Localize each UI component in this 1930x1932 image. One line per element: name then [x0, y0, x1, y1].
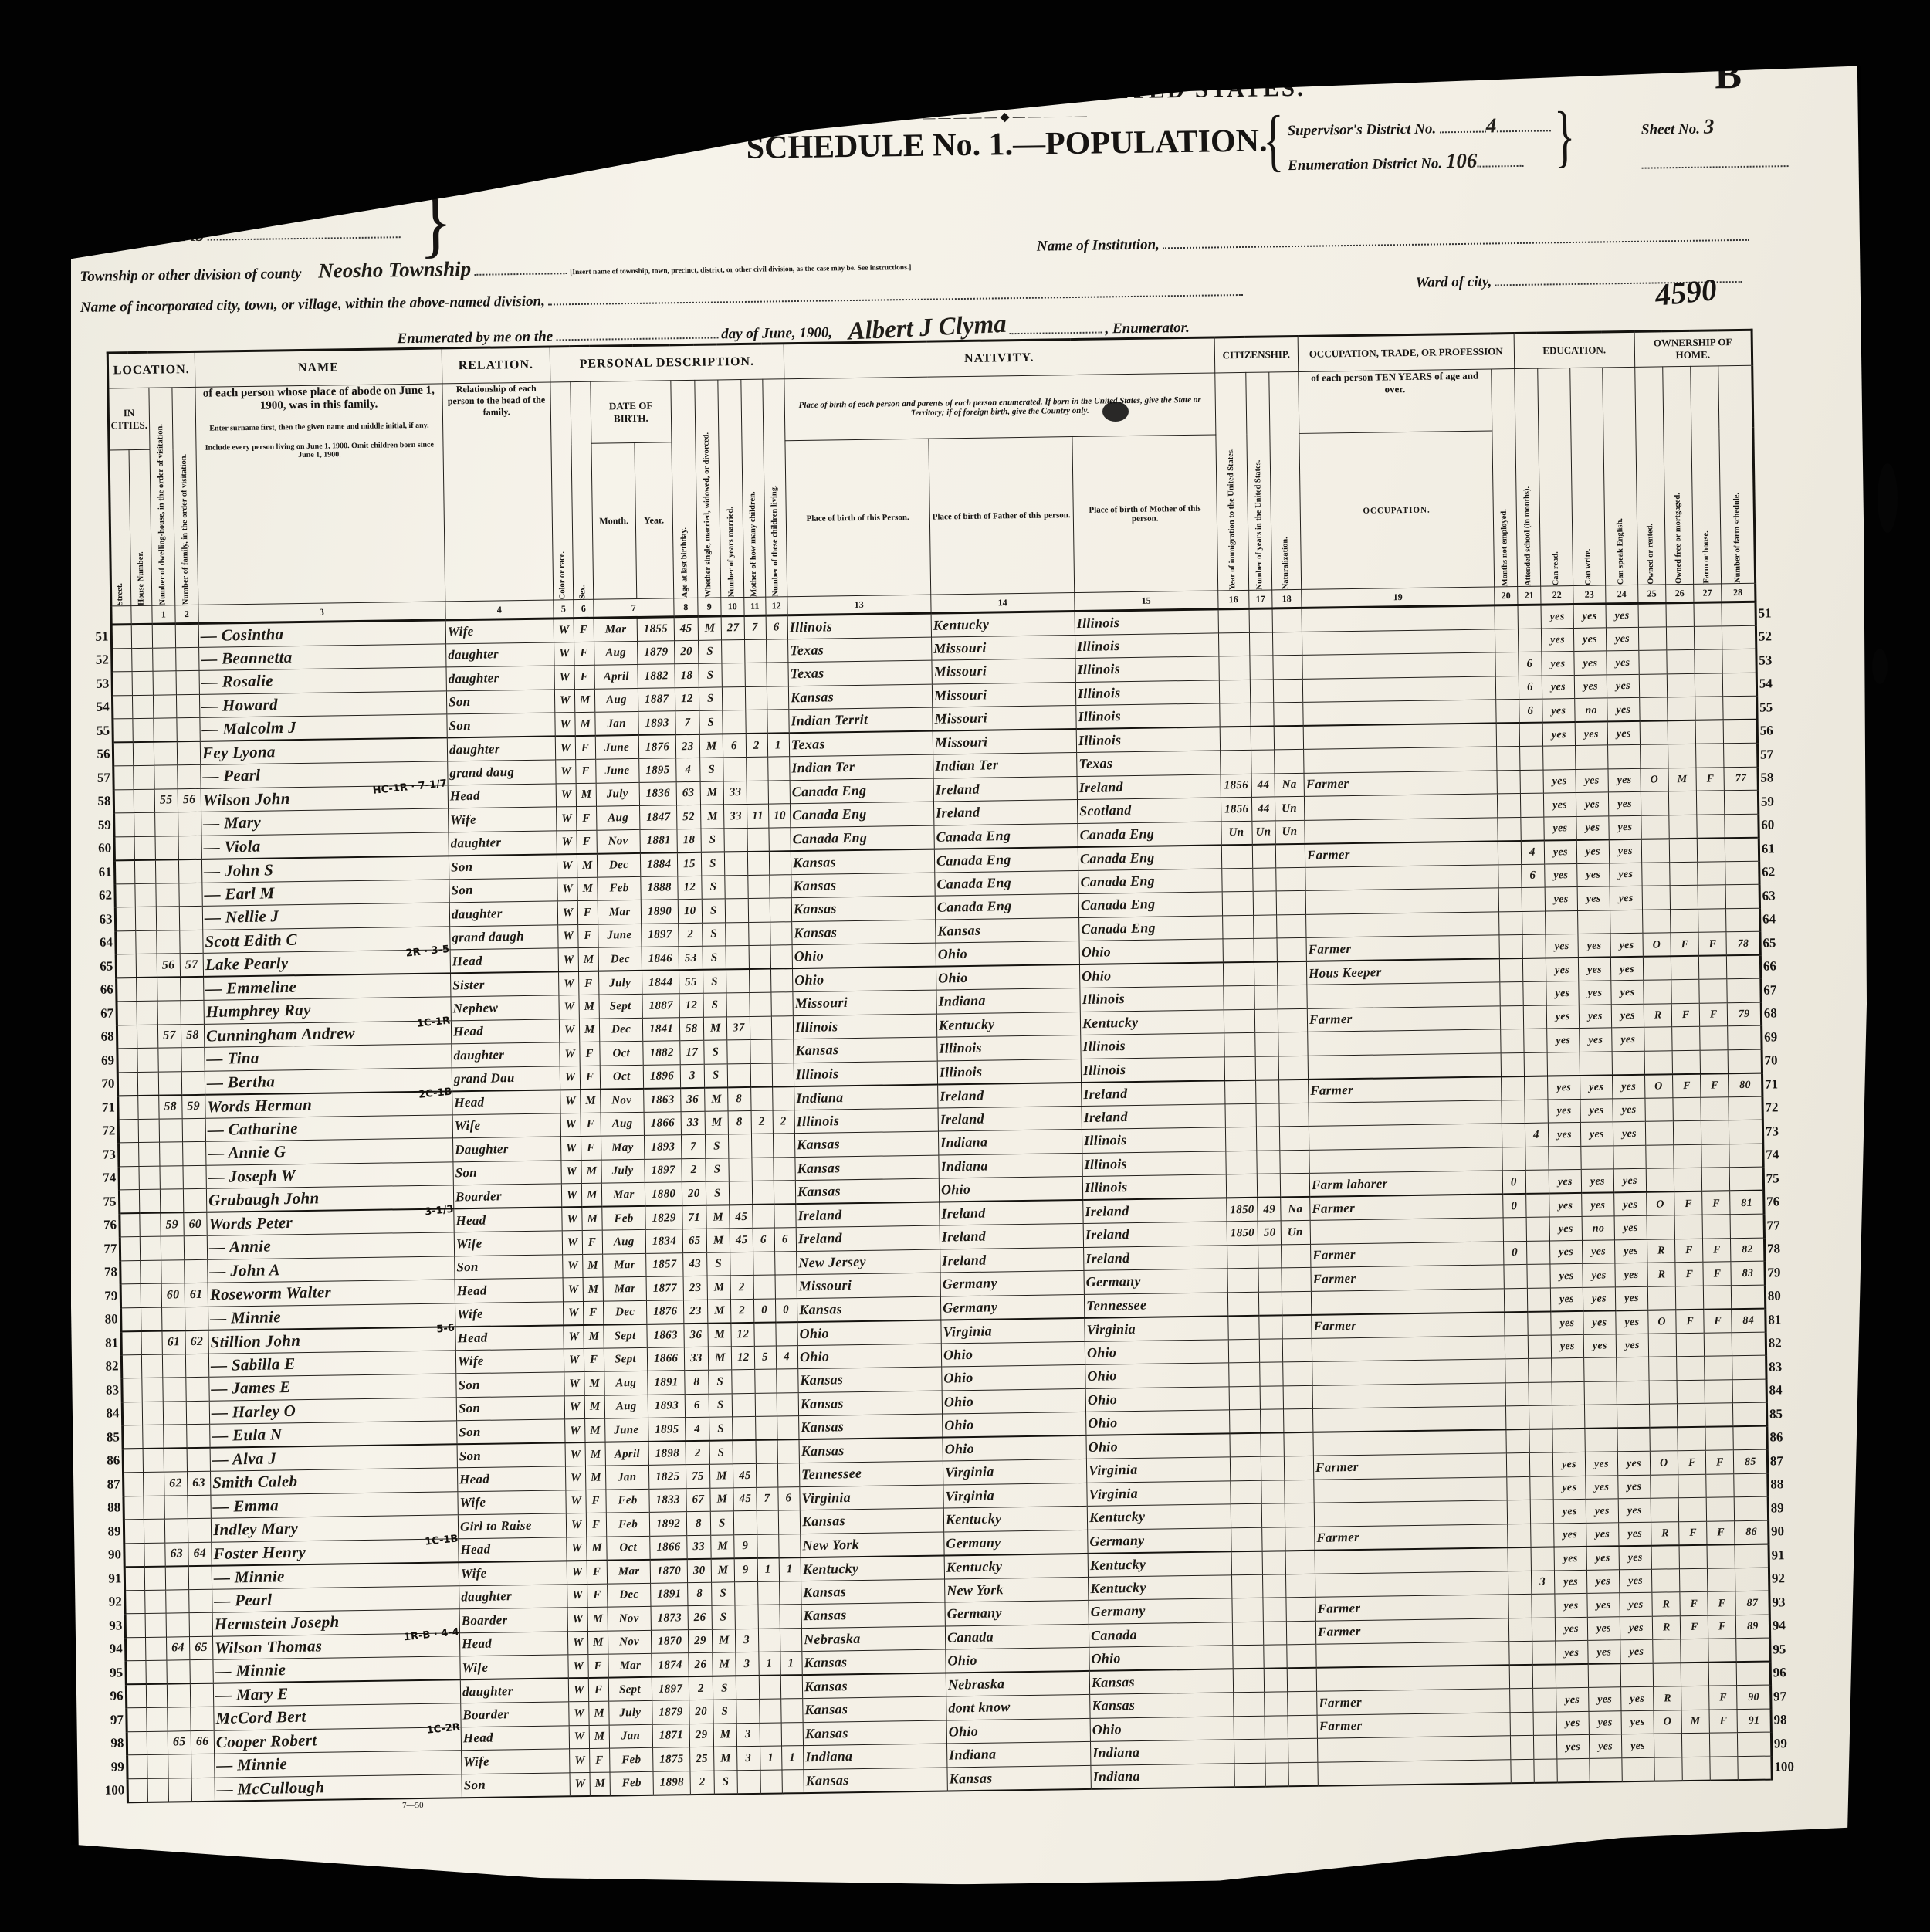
house-number-cell: [139, 1166, 160, 1190]
birth-year-cell: 1893: [638, 711, 675, 735]
farm-or-house-cell: F: [1709, 1709, 1737, 1733]
name-cell: Cunningham Andrew1C-1R: [204, 1020, 451, 1047]
street-cell: [127, 1731, 147, 1755]
column-number: 26: [1665, 584, 1693, 603]
can-write-cell: yes: [1573, 627, 1606, 651]
farm-schedule-cell: [1730, 1214, 1764, 1238]
birth-month-cell: Aug: [594, 688, 638, 712]
house-number-cell: [138, 1119, 159, 1143]
immigration-year-cell: 1850: [1227, 1198, 1258, 1222]
naturalization-cell: [1286, 1597, 1315, 1621]
can-speak-english-cell: yes: [1613, 1192, 1646, 1216]
color-race-cell: W: [560, 1042, 580, 1066]
dwelling-number-cell: [164, 1519, 188, 1543]
school-months-cell: [1525, 1170, 1549, 1194]
line-number-right: 97: [1770, 1684, 1810, 1708]
free-mortgaged-cell: [1679, 1568, 1707, 1592]
line-number-right: 67: [1761, 978, 1801, 1002]
family-number-cell: [190, 1683, 213, 1707]
pob-person-cell: Kansas: [798, 1367, 942, 1392]
family-number-cell: [181, 1000, 204, 1024]
name-cell: — McCullough: [215, 1774, 462, 1801]
color-race-cell: W: [559, 1019, 579, 1042]
name-cell: — Nellie J: [202, 903, 449, 930]
school-months-cell: [1523, 1029, 1546, 1052]
children-living-cell: [781, 1699, 803, 1723]
birth-year-cell: 1887: [642, 994, 679, 1018]
farm-schedule-cell: [1729, 1167, 1763, 1191]
street-cell: [117, 1049, 137, 1073]
line-number-left: 75: [83, 1190, 119, 1214]
mother-of-children-cell: [753, 1252, 774, 1276]
street-cell: [121, 1378, 142, 1402]
pob-mother-cell: Illinois: [1075, 680, 1219, 705]
can-speak-english-cell: yes: [1614, 1239, 1647, 1263]
name-note-2: Enter surname first, then the given name…: [198, 421, 441, 432]
years-in-us-cell: [1259, 1362, 1282, 1386]
pob-mother-cell: Kentucky: [1080, 1009, 1224, 1035]
marital-status-cell: S: [710, 1511, 733, 1535]
birth-month-cell: Sept: [604, 1347, 647, 1371]
can-read-cell: yes: [1551, 1310, 1583, 1334]
birth-year-cell: 1880: [645, 1182, 682, 1206]
city-line: Name of incorporated city, town, or vill…: [80, 280, 1243, 317]
school-months-cell: [1525, 1147, 1549, 1171]
pob-father-cell: Virginia: [943, 1483, 1087, 1508]
free-mortgaged-cell: [1669, 838, 1697, 862]
birth-year-cell: 1870: [650, 1559, 687, 1583]
immigration-year-cell: [1234, 1716, 1265, 1740]
children-living-cell: [772, 1063, 794, 1086]
dwelling-number-cell: [154, 718, 177, 742]
occupation-cell: [1316, 1665, 1509, 1691]
relation-cell: Son: [456, 1419, 564, 1444]
sex-cell: M: [584, 1371, 604, 1395]
street-cell: [113, 742, 134, 766]
column-number: [131, 605, 152, 624]
occupation-cell: Farmer: [1312, 1312, 1505, 1338]
farm-schedule-cell: [1722, 673, 1756, 697]
farm-or-house-cell: F: [1701, 1191, 1729, 1215]
months-unemployed-cell: [1507, 1476, 1530, 1500]
relation-cell: Son: [457, 1442, 565, 1467]
naturalization-cell: [1273, 679, 1302, 703]
farm-schedule-cell: [1736, 1662, 1770, 1686]
owned-rented-cell: O: [1644, 1074, 1672, 1098]
house-number-cell: [136, 954, 157, 978]
can-read-cell: yes: [1551, 1334, 1583, 1358]
mother-of-children-cell: [749, 945, 770, 969]
name-cell: — Rosalie: [199, 667, 446, 694]
can-write-cell: [1581, 1145, 1613, 1169]
relation-note-header: Relationship of each person to the head …: [442, 382, 554, 602]
census-sheet: B TWELFTH CENSUS OF THE UNITED STATES. —…: [54, 40, 1883, 1896]
street-cell: [120, 1330, 141, 1354]
citizenship-group-header: CITIZENSHIP.: [1214, 336, 1299, 373]
name-cell: Grubaugh John: [206, 1185, 453, 1212]
relation-cell: daughter: [449, 830, 557, 855]
can-speak-english-cell: yes: [1616, 1334, 1648, 1357]
owned-rented-cell: [1650, 1427, 1678, 1451]
sex-cell: F: [583, 1301, 603, 1325]
free-mortgaged-header: Owned free or mortgaged.: [1663, 366, 1694, 584]
house-number-cell: [136, 930, 157, 954]
family-number-cell: 63: [187, 1471, 210, 1495]
naturalization-cell: [1272, 608, 1302, 632]
occupation-cell: [1315, 1547, 1508, 1574]
free-mortgaged-cell: F: [1675, 1262, 1703, 1286]
name-cell: Humphrey Ray: [204, 997, 451, 1024]
marital-status-cell: M: [710, 1487, 733, 1511]
school-months-cell: [1528, 1335, 1551, 1359]
children-living-cell: [782, 1769, 804, 1793]
pob-father-cell: Kentucky: [943, 1506, 1087, 1531]
pob-father-cell: Missouri: [932, 682, 1075, 707]
can-read-cell: yes: [1556, 1734, 1589, 1758]
occupation-cell: [1309, 1100, 1502, 1126]
pob-father-cell: Indiana: [946, 1741, 1090, 1767]
name-cell: — Howard: [199, 690, 446, 717]
can-speak-english-cell: yes: [1618, 1475, 1651, 1499]
street-cell: [111, 625, 132, 649]
sex-cell: M: [583, 1277, 603, 1301]
street-cell: [113, 813, 134, 837]
name-note-header: of each person whose place of abode on J…: [195, 384, 445, 605]
can-read-cell: yes: [1549, 1240, 1582, 1264]
children-living-cell: [771, 992, 793, 1016]
dwelling-number-cell: [153, 694, 176, 718]
immigration-year-cell: [1228, 1315, 1259, 1339]
naturalization-cell: [1282, 1267, 1311, 1291]
marital-status-cell: S: [702, 875, 725, 899]
farm-or-house-cell: [1695, 744, 1723, 768]
years-in-us-cell: [1260, 1385, 1283, 1409]
marital-status-cell: S: [711, 1581, 734, 1605]
farm-or-house-cell: [1700, 1049, 1728, 1073]
can-speak-english-cell: yes: [1613, 1121, 1645, 1145]
free-mortgaged-cell: [1681, 1663, 1708, 1686]
farm-or-house-cell: [1699, 979, 1727, 1003]
years-married-cell: [723, 710, 746, 734]
years-in-us-cell: [1264, 1668, 1287, 1692]
supervisor-label: Supervisor's District No.: [1287, 120, 1436, 139]
mother-of-children-header: Mother of how many children.: [741, 379, 766, 597]
years-married-cell: [723, 757, 746, 781]
age-cell: 33: [687, 1535, 711, 1559]
occupation-note-header: of each person TEN YEARS of age and over…: [1299, 369, 1492, 433]
owned-rented-cell: [1642, 886, 1670, 910]
line-number-right: 86: [1767, 1425, 1807, 1449]
farm-or-house-cell: [1710, 1756, 1738, 1780]
farm-schedule-cell: [1725, 814, 1759, 838]
line-number-left: 81: [85, 1331, 120, 1355]
children-living-cell: [774, 1181, 795, 1205]
farm-schedule-cell: [1723, 696, 1757, 720]
color-race-cell: W: [561, 1184, 581, 1208]
color-race-cell: W: [567, 1537, 587, 1561]
owned-rented-cell: [1643, 956, 1671, 980]
pob-person-cell: Indian Ter: [789, 754, 933, 780]
farm-schedule-cell: 86: [1734, 1520, 1768, 1544]
children-living-cell: [767, 710, 789, 734]
naturalization-cell: [1285, 1574, 1315, 1598]
years-in-us-cell: [1253, 914, 1276, 938]
years-married-cell: [727, 1063, 750, 1087]
birth-month-cell: Feb: [606, 1512, 649, 1536]
line-number-left: 52: [76, 648, 111, 672]
birth-year-cell: 1834: [645, 1229, 682, 1253]
pob-person-cell: Texas: [788, 660, 932, 686]
birth-year-cell: 1829: [645, 1205, 682, 1229]
farm-or-house-cell: [1708, 1662, 1736, 1686]
birth-year-cell: 1866: [647, 1347, 684, 1371]
house-number-header: House Number.: [129, 449, 151, 605]
occupation-cell: [1317, 1736, 1510, 1762]
street-cell: [118, 1119, 139, 1143]
can-speak-english-cell: [1617, 1381, 1649, 1405]
enumerator-signature: Albert J Clyma: [847, 310, 1007, 347]
years-married-cell: 3: [736, 1652, 759, 1676]
naturalization-cell: [1278, 1079, 1308, 1103]
mother-of-children-cell: [757, 1534, 779, 1557]
years-in-us-cell: [1254, 1008, 1278, 1032]
line-number-right: 94: [1769, 1614, 1810, 1638]
can-read-cell: yes: [1554, 1546, 1586, 1570]
can-write-cell: yes: [1581, 1192, 1613, 1216]
house-number-cell: [137, 1001, 157, 1025]
name-cell: — Eula N: [209, 1421, 456, 1448]
birth-year-cell: 1836: [639, 781, 676, 805]
line-number-right: 84: [1766, 1378, 1806, 1402]
age-cell: 71: [682, 1205, 706, 1229]
naturalization-cell: Na: [1275, 773, 1304, 797]
owned-rented-cell: [1654, 1757, 1682, 1781]
pob-father-cell: Canada Eng: [934, 823, 1078, 849]
pob-person-cell: Ohio: [797, 1320, 941, 1345]
birth-month-cell: May: [601, 1135, 644, 1159]
relation-cell: Head: [461, 1725, 569, 1750]
pob-person-cell: Kansas: [802, 1649, 946, 1675]
age-cell: 25: [689, 1747, 713, 1771]
family-number-cell: [175, 623, 198, 647]
pob-person-cell: Kansas: [798, 1414, 942, 1439]
family-number-cell: [176, 670, 199, 694]
can-speak-english-header: Can speak English.: [1603, 367, 1638, 585]
naturalization-cell: [1278, 1056, 1308, 1080]
street-cell: [120, 1307, 141, 1331]
mother-of-children-cell: [758, 1628, 780, 1652]
marital-status-cell: M: [707, 1299, 730, 1323]
pob-father-cell: Ohio: [942, 1388, 1085, 1414]
age-cell: 12: [678, 876, 702, 900]
dwelling-number-cell: [163, 1378, 186, 1402]
marital-status-cell: M: [713, 1652, 736, 1676]
relation-cell: daughter: [452, 1042, 560, 1067]
name-cell: — Pearl: [212, 1585, 459, 1612]
color-race-cell: W: [569, 1701, 589, 1725]
pob-mother-cell: Ohio: [1090, 1716, 1234, 1741]
farm-schedule-cell: 90: [1736, 1685, 1770, 1709]
color-race-cell: W: [567, 1560, 587, 1584]
years-married-header: Number of years married.: [718, 380, 744, 598]
farm-schedule-cell: [1722, 602, 1756, 625]
house-number-cell: [134, 765, 154, 789]
family-number-cell: [189, 1612, 212, 1636]
dwelling-number-cell: 65: [168, 1730, 191, 1754]
pob-mother-cell: Kentucky: [1088, 1574, 1231, 1600]
immigration-year-cell: [1231, 1574, 1262, 1598]
color-race-cell: W: [563, 1278, 583, 1302]
street-cell: [118, 1143, 139, 1167]
pob-father-cell: Ireland: [940, 1223, 1083, 1249]
house-number-cell: [145, 1590, 166, 1614]
dwelling-number-cell: [157, 930, 180, 954]
color-race-cell: W: [557, 924, 577, 948]
house-number-cell: [137, 978, 157, 1002]
school-months-cell: [1534, 1758, 1557, 1782]
owned-rented-cell: R: [1651, 1521, 1678, 1545]
house-number-cell: [137, 1025, 158, 1049]
house-number-cell: [141, 1283, 161, 1307]
immigration-year-cell: [1229, 1409, 1260, 1433]
years-in-us-cell: [1250, 656, 1273, 680]
color-race-cell: W: [567, 1631, 587, 1655]
free-mortgaged-cell: [1668, 697, 1695, 720]
can-write-cell: yes: [1588, 1687, 1620, 1711]
street-cell: [118, 1166, 139, 1190]
name-cell: Smith Caleb: [210, 1468, 457, 1495]
months-unemployed-cell: [1500, 981, 1523, 1005]
relation-cell: Wife: [452, 1113, 560, 1137]
years-married-cell: [732, 1393, 755, 1417]
sex-cell: F: [577, 924, 598, 948]
can-write-cell: [1590, 1757, 1622, 1781]
can-speak-english-cell: yes: [1611, 1004, 1644, 1028]
family-number-cell: [179, 883, 202, 907]
birth-year-cell: 1873: [651, 1606, 688, 1630]
can-read-cell: yes: [1549, 1216, 1582, 1240]
can-speak-english-cell: yes: [1609, 839, 1641, 863]
can-read-cell: [1552, 1429, 1585, 1452]
pob-person-cell: Virginia: [800, 1485, 943, 1510]
school-months-cell: [1531, 1547, 1554, 1571]
mother-of-children-cell: 7: [744, 615, 766, 639]
months-unemployed-cell: [1497, 770, 1520, 794]
relation-cell: Head: [451, 1019, 559, 1043]
street-cell: [123, 1449, 144, 1473]
birth-year-cell: 1844: [642, 970, 679, 994]
farm-or-house-cell: [1701, 1120, 1729, 1144]
birth-year-cell: 1863: [643, 1088, 680, 1112]
owned-rented-cell: O: [1650, 1451, 1678, 1475]
farm-or-house-cell: [1695, 720, 1723, 744]
farm-or-house-cell: [1698, 955, 1726, 979]
free-mortgaged-cell: [1678, 1497, 1706, 1521]
line-number-right: 63: [1759, 883, 1800, 907]
family-number-cell: [191, 1754, 214, 1778]
owned-rented-cell: [1644, 980, 1671, 1004]
relation-cell: Son: [454, 1254, 562, 1279]
farm-or-house-cell: F: [1708, 1686, 1736, 1710]
occupation-cell: [1305, 911, 1498, 937]
naturalization-cell: [1283, 1385, 1312, 1409]
house-number-cell: [140, 1236, 161, 1260]
street-cell: [114, 883, 135, 907]
pob-father-cell: Germany: [945, 1600, 1089, 1625]
can-write-cell: yes: [1574, 651, 1607, 675]
dwelling-number-cell: [154, 765, 178, 789]
sex-cell: M: [589, 1701, 609, 1725]
owned-rented-cell: O: [1646, 1191, 1674, 1215]
age-cell: 20: [689, 1700, 713, 1724]
name-cell: Cooper Robert1C-2R: [214, 1727, 461, 1754]
can-write-cell: no: [1582, 1216, 1614, 1240]
marital-status-cell: S: [706, 1158, 729, 1181]
marital-status-cell: S: [699, 710, 723, 734]
birth-month-cell: Dec: [607, 1583, 650, 1607]
years-in-us-cell: [1251, 703, 1274, 727]
can-write-cell: yes: [1586, 1499, 1618, 1523]
pob-father-cell: Illinois: [937, 1035, 1081, 1060]
line-number-right: 79: [1765, 1260, 1805, 1284]
marital-status-cell: S: [704, 1063, 727, 1087]
color-race-cell: W: [555, 713, 575, 737]
owned-rented-cell: [1645, 1097, 1673, 1121]
sex-cell: M: [585, 1442, 605, 1466]
owned-rented-cell: [1641, 862, 1669, 886]
marital-status-cell: S: [703, 969, 726, 993]
can-speak-english-cell: yes: [1613, 1098, 1645, 1122]
owned-rented-cell: [1649, 1404, 1677, 1428]
relation-cell: Boarder: [453, 1184, 561, 1208]
relation-cell: Son: [447, 713, 555, 737]
dwelling-number-cell: [156, 907, 179, 930]
farm-or-house-cell: [1695, 673, 1722, 697]
immigration-year-cell: [1227, 1268, 1258, 1292]
marital-status-cell: M: [707, 1276, 730, 1300]
occupation-cell: Farmer: [1316, 1689, 1509, 1715]
occupation-cell: [1315, 1571, 1508, 1597]
column-number: 17: [1249, 590, 1272, 608]
children-living-cell: [776, 1322, 797, 1346]
farm-or-house-cell: [1708, 1639, 1736, 1663]
mother-of-children-cell: [747, 781, 768, 805]
can-write-cell: yes: [1579, 981, 1611, 1005]
months-unemployed-cell: [1502, 1147, 1525, 1171]
line-number-right: 92: [1769, 1567, 1809, 1591]
pob-mother-cell: Illinois: [1075, 656, 1219, 682]
farm-schedule-cell: [1732, 1355, 1766, 1379]
can-read-cell: [1556, 1664, 1588, 1688]
years-in-us-cell: [1255, 1056, 1278, 1080]
children-living-cell: [778, 1510, 800, 1534]
children-living-cell: [777, 1416, 798, 1440]
occupation-cell: Farmer: [1306, 935, 1499, 961]
naturalization-cell: [1281, 1244, 1310, 1268]
line-number-left: 86: [87, 1449, 123, 1473]
marital-status-cell: S: [703, 946, 726, 970]
house-number-cell: [133, 742, 154, 766]
sex-cell: F: [588, 1654, 608, 1678]
farm-schedule-cell: [1732, 1379, 1766, 1403]
pob-person-cell: Kansas: [801, 1579, 944, 1605]
pob-person-cell: Indian Territ: [789, 707, 933, 733]
months-unemployed-cell: [1495, 629, 1518, 652]
dwelling-number-cell: 60: [161, 1283, 185, 1307]
months-unemployed-cell: [1499, 958, 1522, 982]
immigration-year-cell: [1222, 868, 1253, 892]
birth-month-cell: Mar: [602, 1253, 645, 1277]
